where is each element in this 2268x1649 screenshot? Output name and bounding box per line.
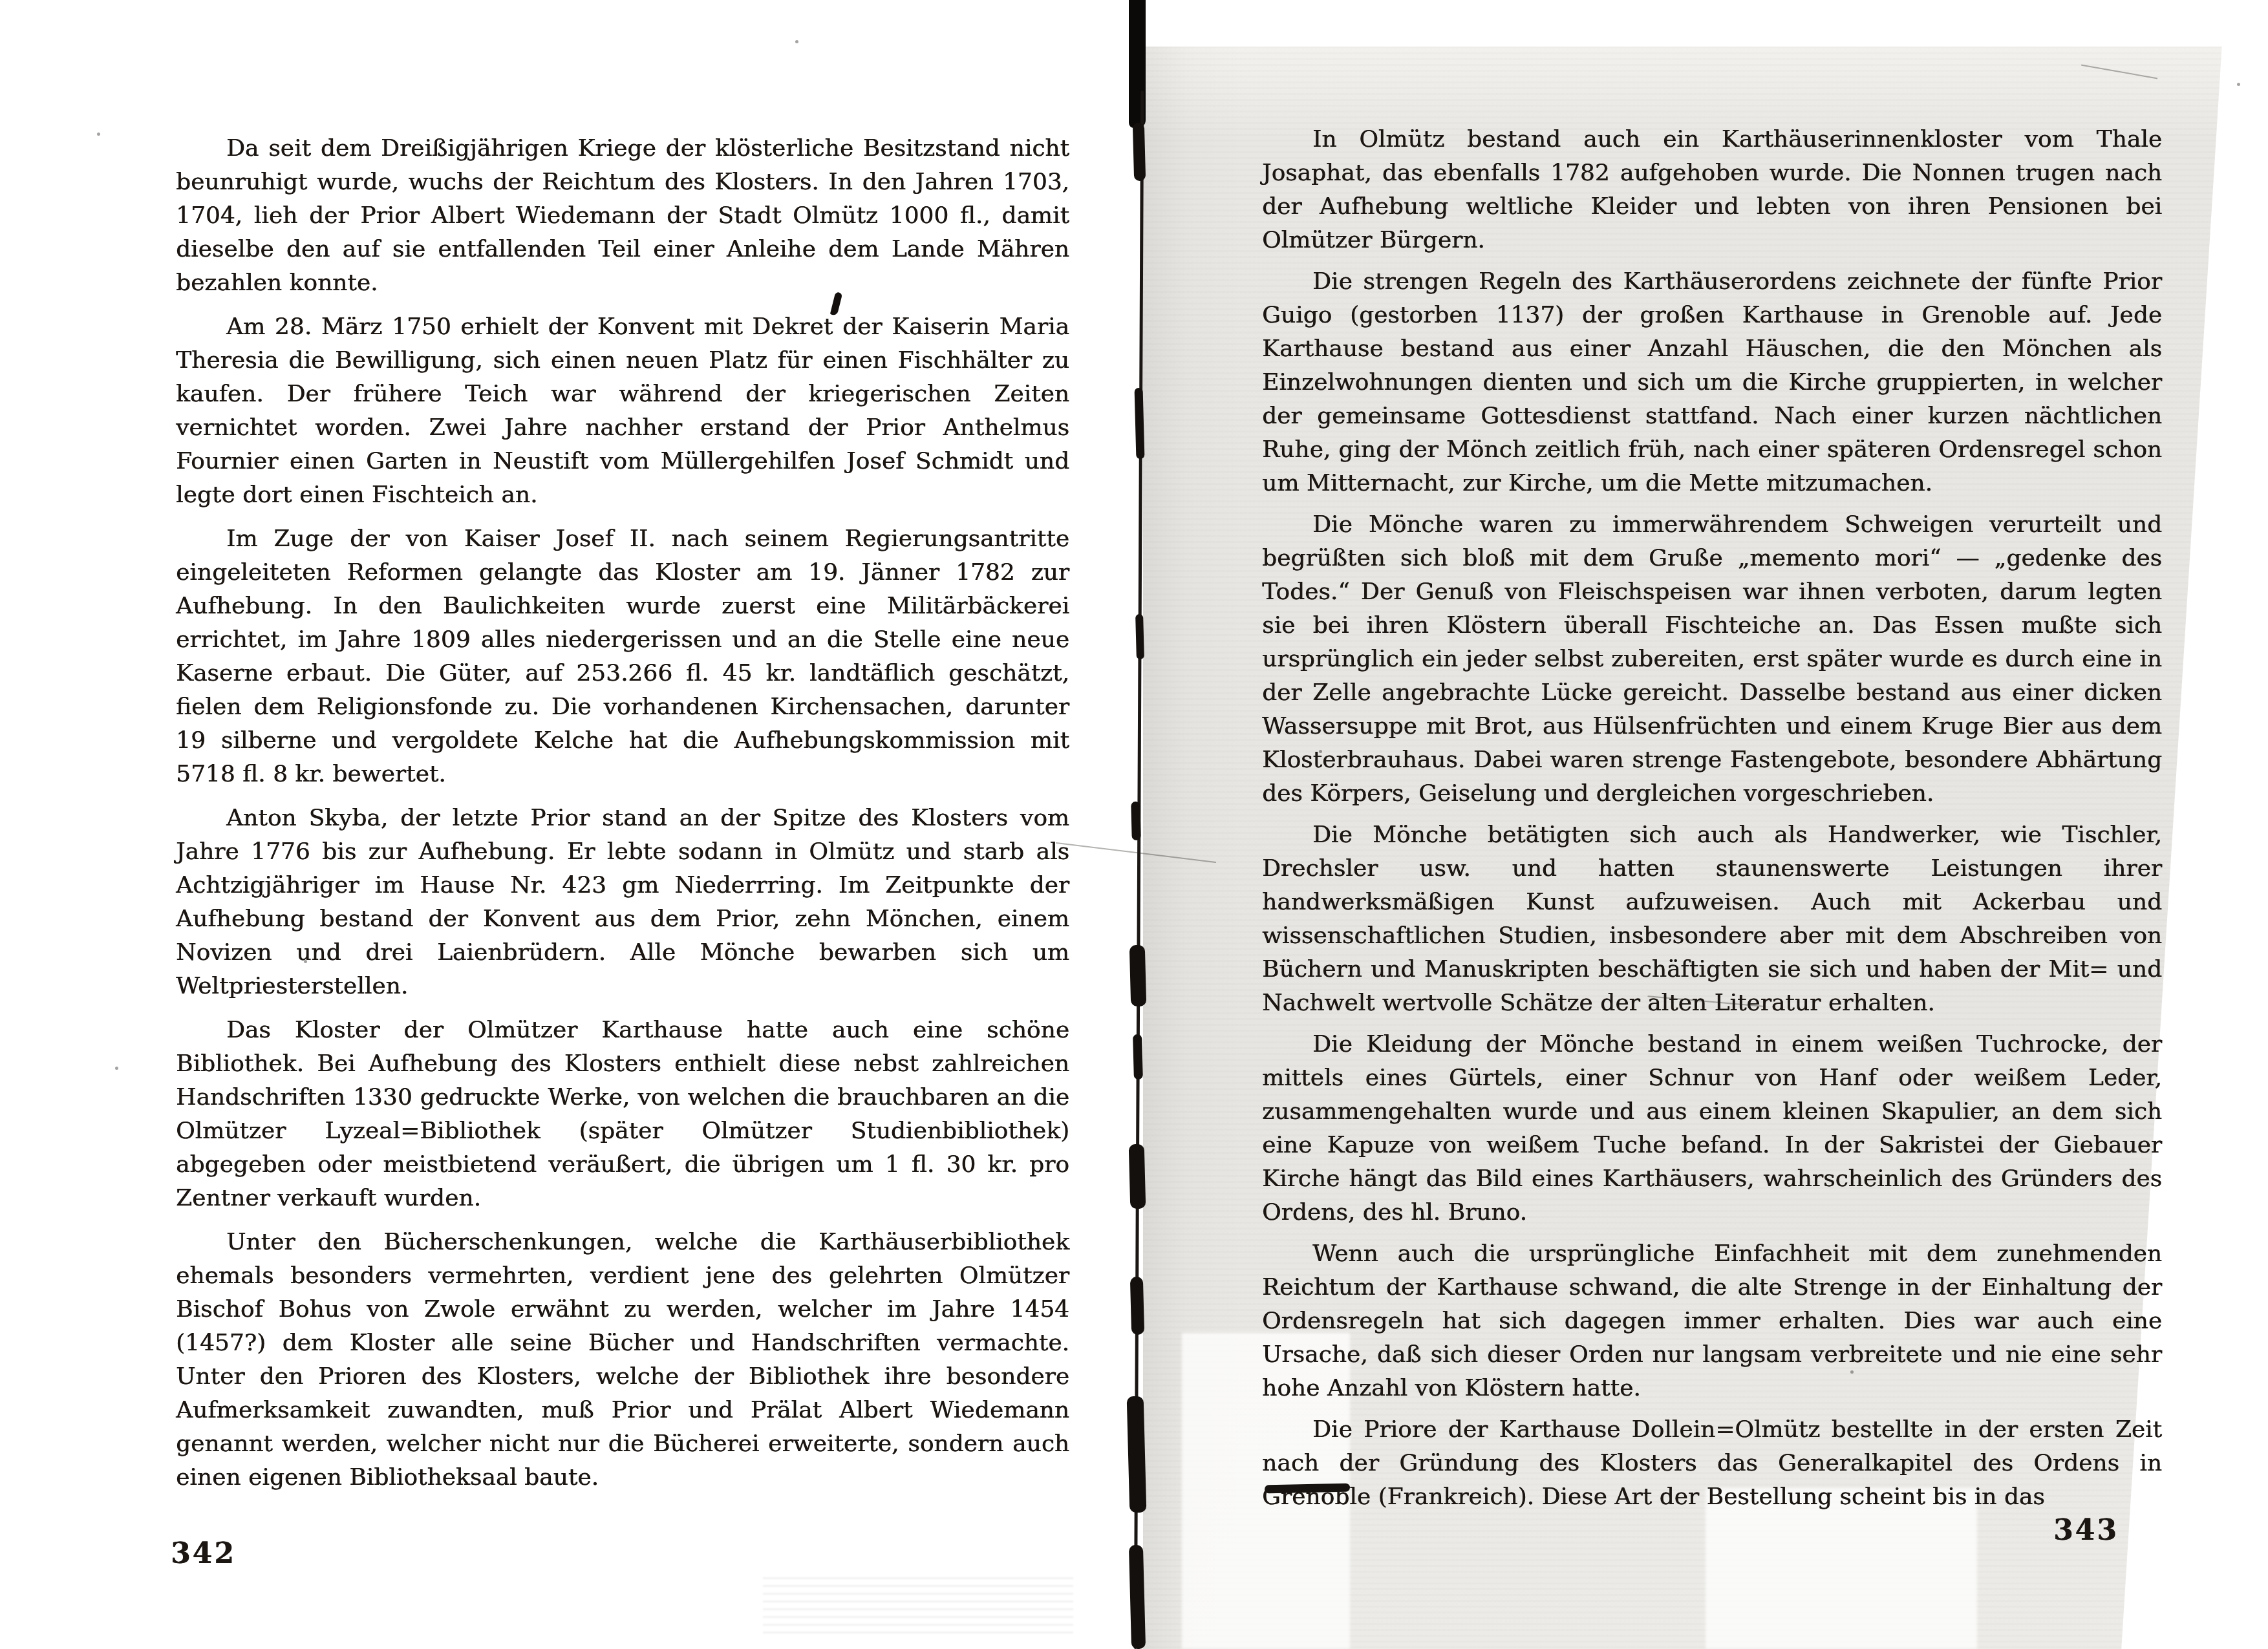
paragraph: Die Mönche waren zu immerwährendem Schwe… bbox=[1262, 508, 2162, 811]
binding-ink-blob bbox=[1127, 1396, 1147, 1513]
paragraph: Anton Skyba, der letzte Prior stand an d… bbox=[176, 802, 1069, 1003]
paper-speck bbox=[585, 186, 588, 189]
right-page: In Olmütz bestand auch ein Karthäuserinn… bbox=[1262, 123, 2162, 1522]
page-number-342: 342 bbox=[171, 1537, 236, 1570]
paragraph: Die Kleidung der Mönche bestand in einem… bbox=[1262, 1028, 2162, 1229]
paper-speck bbox=[795, 40, 798, 43]
paragraph: Wenn auch die ursprüngliche Einfachheit … bbox=[1262, 1237, 2162, 1405]
paper-speck bbox=[1850, 1370, 1854, 1374]
paragraph: Unter den Bücherschenkungen, welche die … bbox=[176, 1226, 1069, 1495]
binding-ink-blob bbox=[1129, 945, 1146, 1007]
paragraph: Die Mönche betätigten sich auch als Hand… bbox=[1262, 818, 2162, 1020]
paper-speck bbox=[97, 133, 100, 136]
binding-ink-blob bbox=[1129, 1144, 1146, 1209]
page-number-343: 343 bbox=[2053, 1514, 2119, 1547]
paragraph: Die Priore der Karthause Dollein=Olmütz … bbox=[1262, 1413, 2162, 1514]
paragraph: Da seit dem Dreißigjährigen Kriege der k… bbox=[176, 132, 1069, 300]
left-page: Da seit dem Dreißigjährigen Kriege der k… bbox=[176, 132, 1069, 1505]
binding-ink-blob bbox=[1133, 1034, 1143, 1080]
book-scan: { "book_scan": { "left_page": { "page_nu… bbox=[0, 0, 2268, 1649]
binding-ink-blob bbox=[1135, 614, 1144, 659]
binding-ink-blob bbox=[1133, 123, 1146, 181]
binding-ink-blob bbox=[1131, 802, 1141, 840]
paper-speck bbox=[304, 960, 307, 963]
paragraph: Im Zuge der von Kaiser Josef II. nach se… bbox=[176, 522, 1069, 791]
paragraph: Das Kloster der Olmützer Karthause hatte… bbox=[176, 1014, 1069, 1215]
paper-speck bbox=[1319, 750, 1322, 753]
scanline-streaks bbox=[763, 1577, 1073, 1635]
binding-ink-blob bbox=[1130, 1277, 1144, 1335]
ink-smudge-under-zeit bbox=[1265, 1484, 1350, 1494]
binding-ink-blob bbox=[1135, 388, 1145, 459]
binding-ink-blob bbox=[1129, 1545, 1146, 1649]
paragraph: Am 28. März 1750 erhielt der Konvent mit… bbox=[176, 310, 1069, 512]
paragraph: In Olmütz bestand auch ein Karthäuserinn… bbox=[1262, 123, 2162, 257]
paper-speck bbox=[2237, 83, 2240, 86]
paragraph: Die strengen Regeln des Karthäuserordens… bbox=[1262, 265, 2162, 500]
paper-speck bbox=[115, 1067, 118, 1070]
